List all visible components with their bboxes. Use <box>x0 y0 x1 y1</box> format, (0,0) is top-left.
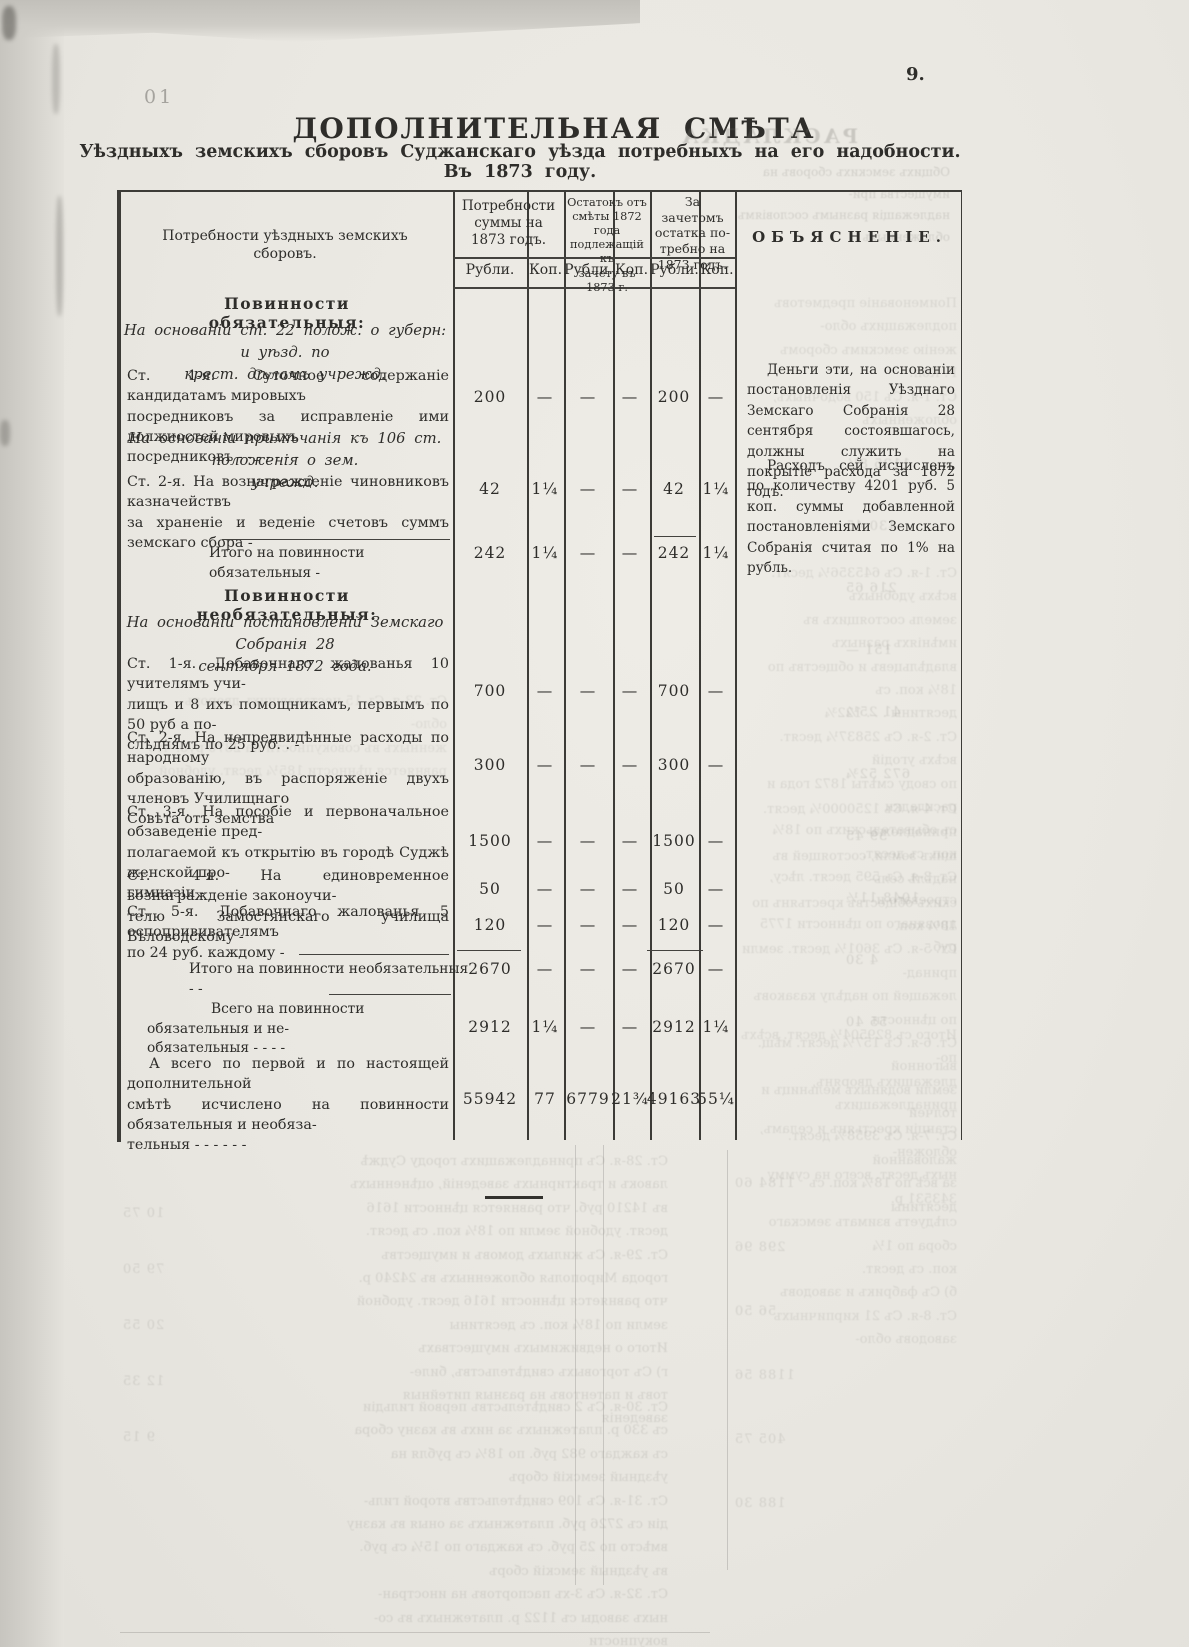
column-rule <box>527 190 529 1140</box>
column-header-needs: Потребности уѣздныхъ земскихъ сборовъ. <box>131 228 439 263</box>
column-rule <box>735 190 737 1140</box>
cell-value: 300 <box>458 756 522 774</box>
cell-value: 1500 <box>458 832 522 850</box>
corner-stamp: 01 <box>144 86 174 108</box>
cell-value: 1¼ <box>693 480 739 498</box>
unit-header-kop: Коп. <box>699 262 735 280</box>
column-header-1872-remainder: Остатокъ отъ смѣты 1872 года подлежащій … <box>566 196 648 295</box>
unit-header-rub: Рубли. <box>564 262 613 280</box>
cell-value: — <box>693 756 739 774</box>
cell-value: 1¼ <box>693 1018 739 1036</box>
unit-header-kop: Коп. <box>613 262 650 280</box>
bleedthrough-rule <box>727 1150 728 1570</box>
sum-rule <box>299 954 449 955</box>
table-border-top <box>117 190 962 192</box>
scanned-document-page: 01 9. ДОПОЛНИТЕЛЬНАЯ СМѢТА Уѣздныхъ земс… <box>0 0 1189 1647</box>
cell-value: 242 <box>458 544 522 562</box>
bleedthrough-text: Ст. 28-я. Съ принадлежащихъ городу Суджѣ… <box>228 1150 668 1431</box>
column-header-net-1873: За зачетомъ остатка по- требно на 1873 г… <box>652 194 733 272</box>
column-header-explanation: ОБЪЯСНЕНІЕ. <box>737 228 962 247</box>
column-header-1873-needs: Потребности суммы на 1873 годъ. <box>455 198 562 249</box>
cell-value: 2912 <box>458 1018 522 1036</box>
table-border-right <box>961 190 962 1140</box>
column-rule <box>613 190 615 1140</box>
scan-smudge <box>52 44 60 114</box>
cell-value: 120 <box>458 916 522 934</box>
cell-value: 700 <box>458 682 522 700</box>
sum-rule <box>222 539 450 540</box>
bleedthrough-numbers: 1125 8¼ 430 45 216 65 151 — 41 25¼ 672 5… <box>845 434 953 1054</box>
cell-value: 55¼ <box>693 1090 739 1108</box>
sum-rule <box>457 950 521 951</box>
scan-top-edge <box>0 0 640 42</box>
scan-smudge <box>0 420 10 446</box>
bleedthrough-text: Поименованіе предметовъ подлежащихъ обло… <box>741 292 957 432</box>
column-rule <box>650 190 652 1140</box>
scan-left-edge <box>0 0 64 1647</box>
unit-header-rub: Рубли. <box>455 262 525 280</box>
cell-value: 200 <box>458 388 522 406</box>
cell-value: 55942 <box>458 1090 522 1108</box>
bleedthrough-numbers: 1184 60 298 96 56 50 1188 56 405 75 188 … <box>734 1152 844 1536</box>
bleedthrough-numbers: 10 75 79 50 20 55 12 35 9 15 <box>122 1186 217 1466</box>
cell-value: — <box>693 832 739 850</box>
cell-value: — <box>693 960 739 978</box>
scan-smudge <box>2 6 16 40</box>
unit-header-rub: Рубли. <box>650 262 699 280</box>
scan-smudge <box>56 196 63 316</box>
cell-value: — <box>693 880 739 898</box>
bleedthrough-text: Ст. 23-я. Съ 15 нестававшихъ дворовъ обл… <box>147 690 447 784</box>
bleedthrough-title: РАСКЛАДКА <box>648 118 858 154</box>
cell-value: — <box>693 916 739 934</box>
unit-header-kop: Коп. <box>527 262 564 280</box>
estimate-table: Потребности уѣздныхъ земскихъ сборовъ. П… <box>117 190 962 1140</box>
cell-value: 50 <box>458 880 522 898</box>
sum-rule <box>647 950 703 951</box>
sum-rule <box>654 536 696 537</box>
cell-value: 1¼ <box>693 544 739 562</box>
document-title: ДОПОЛНИТЕЛЬНАЯ СМѢТА <box>0 112 1108 145</box>
cell-value: 2670 <box>458 960 522 978</box>
cell-value: — <box>693 682 739 700</box>
cell-value: 42 <box>458 480 522 498</box>
page-number: 9. <box>906 64 925 85</box>
column-rule <box>564 190 566 1140</box>
column-rule <box>699 190 701 1140</box>
bleedthrough-text: Ст. 30-я. Съ 2 свидѣтельствъ первой гиль… <box>228 1396 668 1647</box>
cell-value: — <box>693 388 739 406</box>
sum-rule <box>329 994 451 995</box>
